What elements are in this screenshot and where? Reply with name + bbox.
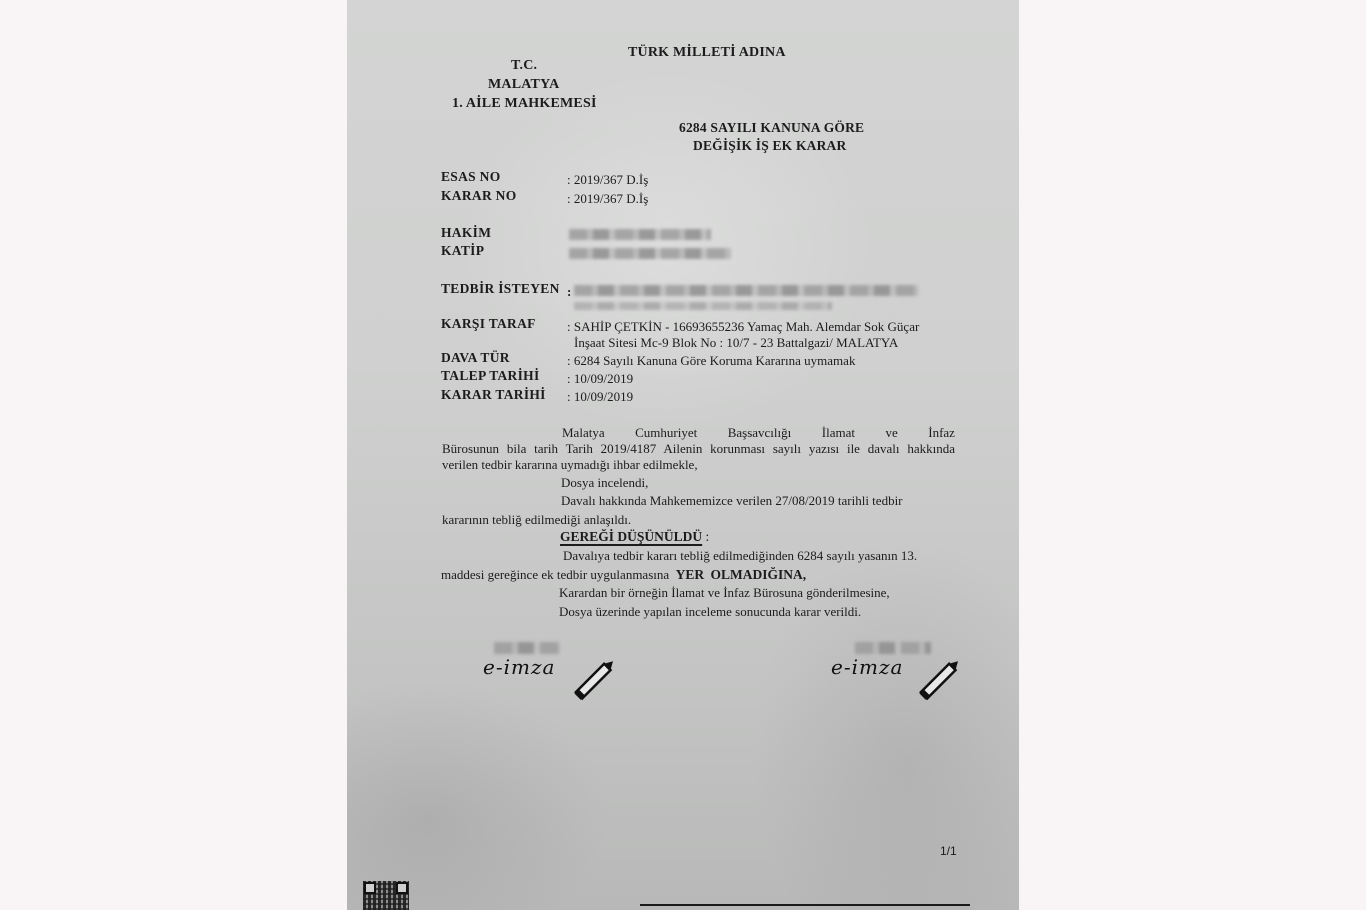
karar-no-value: : 2019/367 D.İş (567, 191, 648, 207)
gerekce-heading: GEREĞİ DÜŞÜNÜLDÜ : (560, 529, 709, 545)
paragraph-3-line-1: Davalı hakkında Mahkememizce verilen 27/… (561, 493, 903, 509)
tedbir-isteyen-redacted-line2 (574, 302, 832, 310)
hakim-redacted (569, 229, 711, 240)
paragraph-4-line-1: Davalıya tedbir kararı tebliğ edilmediği… (563, 548, 917, 564)
document-title-line1: 6284 SAYILI KANUNA GÖRE (679, 120, 864, 136)
word: İlamat (822, 425, 855, 441)
court-name: 1. AİLE MAHKEMESİ (452, 96, 597, 112)
signature-1-stamp: e-imza (483, 655, 555, 679)
word: ve (885, 425, 897, 441)
pen-icon (910, 660, 960, 710)
heading-turk-milleti-adina: TÜRK MİLLETİ ADINA (628, 45, 786, 61)
karar-tarihi-label: KARAR TARİHİ (441, 387, 546, 403)
qr-code-icon (363, 881, 409, 910)
yer-olmadigina: YER OLMADIĞINA, (676, 567, 807, 582)
tedbir-isteyen-label: TEDBİR İSTEYEN (441, 281, 560, 297)
paragraph-4-line-2-text: maddesi gereğince ek tedbir uygulanmasın… (441, 567, 676, 582)
karsi-taraf-label: KARŞI TARAF (441, 316, 536, 332)
paragraph-2: Dosya incelendi, (561, 475, 648, 491)
paragraph-1-line-2: Bürosunun bila tarih Tarih 2019/4187 Ail… (442, 441, 955, 457)
court-city: MALATYA (488, 77, 559, 93)
dava-tur-value: : 6284 Sayılı Kanuna Göre Koruma Kararın… (567, 353, 855, 369)
document-title-line2: DEĞİŞİK İŞ EK KARAR (693, 138, 846, 154)
signature-2-stamp: e-imza (831, 655, 903, 679)
paragraph-3-line-2: kararının tebliğ edilmediği anlaşıldı. (442, 512, 631, 528)
esas-no-value: : 2019/367 D.İş (567, 172, 648, 188)
paragraph-6: Dosya üzerinde yapılan inceleme sonucund… (559, 604, 861, 620)
paragraph-5: Karardan bir örneğin İlamat ve İnfaz Bür… (559, 585, 890, 601)
word: Cumhuriyet (635, 425, 697, 441)
karar-tarihi-value: : 10/09/2019 (567, 389, 633, 405)
hakim-label: HAKİM (441, 225, 491, 241)
talep-tarihi-value: : 10/09/2019 (567, 371, 633, 387)
karsi-taraf-value-line2: İnşaat Sitesi Mc-9 Blok No : 10/7 - 23 B… (574, 335, 898, 351)
paragraph-1-line-3: verilen tedbir kararına uymadığı ihbar e… (442, 457, 698, 473)
pen-icon (565, 660, 615, 710)
word: Başsavcılığı (728, 425, 792, 441)
talep-tarihi-label: TALEP TARİHİ (441, 368, 540, 384)
esas-no-label: ESAS NO (441, 169, 501, 185)
katip-label: KATİP (441, 243, 484, 259)
gerekce-heading-colon: : (706, 529, 710, 544)
signature-1-name-redacted (494, 642, 560, 654)
paragraph-4-line-2: maddesi gereğince ek tedbir uygulanmasın… (441, 567, 806, 583)
gerekce-heading-text: GEREĞİ DÜŞÜNÜLDÜ (560, 529, 702, 544)
tedbir-isteyen-redacted-line1 (574, 285, 918, 296)
karsi-taraf-value-line1: : SAHİP ÇETKİN - 16693655236 Yamaç Mah. … (567, 319, 919, 335)
tedbir-isteyen-colon: : (567, 284, 571, 300)
page-number: 1/1 (940, 844, 957, 858)
karar-no-label: KARAR NO (441, 188, 517, 204)
word: İnfaz (928, 425, 955, 441)
dava-tur-label: DAVA TÜR (441, 350, 510, 366)
katip-redacted (569, 248, 731, 259)
footer-divider (640, 904, 970, 906)
paragraph-1-line-1: Malatya Cumhuriyet Başsavcılığı İlamat v… (562, 425, 955, 441)
word: Malatya (562, 425, 605, 441)
court-tc: T.C. (511, 58, 537, 74)
signature-2-name-redacted (855, 642, 931, 654)
